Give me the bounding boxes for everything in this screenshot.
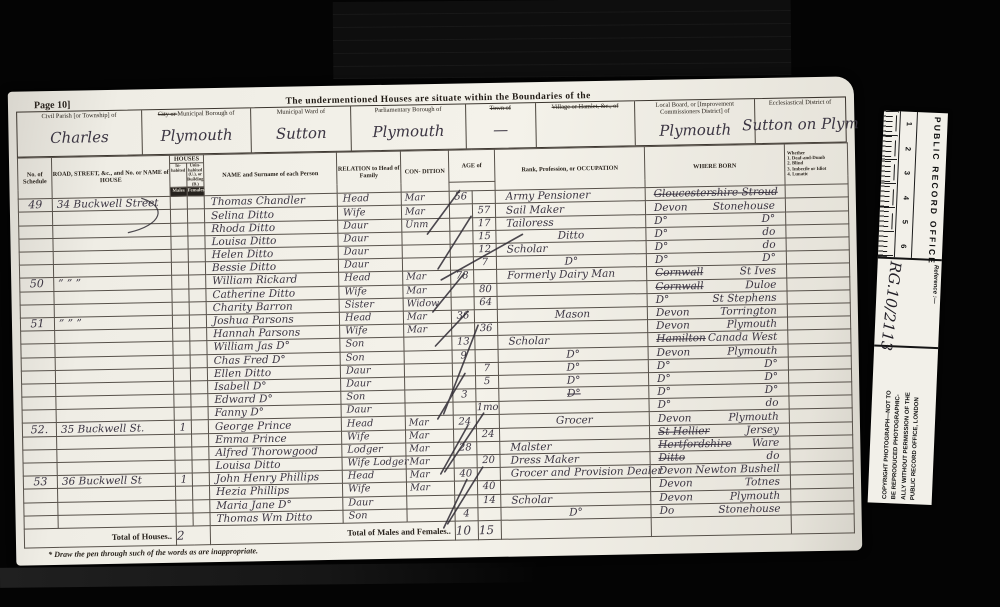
cell-schedule [19,265,53,279]
cell-age-female: 80 [474,283,497,297]
cell-relation: Head [341,416,405,430]
cell-condition: Widow [403,297,451,311]
cell-infirmity [788,356,851,370]
cell-inhabited [173,354,190,367]
col-age-females: Females [187,187,204,196]
col-name: NAME and Surname of each Person [203,152,337,196]
cell-schedule [22,383,56,397]
cell-schedule [19,238,53,252]
cell-age-male: 28 [454,442,477,456]
cell-age-male [451,297,474,311]
cell-infirmity [790,461,853,475]
col-condition: CON- DITION [400,150,449,192]
cell-uninhabited [189,315,206,328]
cell-infirmity [786,250,849,264]
cell-infirmity [791,501,854,515]
cell-relation: Son [340,351,404,365]
cell-relation: Wife [340,324,404,338]
cell-condition [402,231,450,245]
cell-schedule [20,304,54,318]
col-road: ROAD, STREET, &c., and No. or NAME of HO… [51,155,170,198]
cell-schedule [18,212,52,226]
cell-infirmity [791,487,854,501]
cell-infirmity [788,329,851,343]
cell-infirmity [785,184,848,198]
cell-condition: Mar [406,442,454,456]
area-box-value: Plymouth [372,122,444,141]
cell-inhabited [176,500,193,513]
cell-schedule [21,344,55,358]
area-box: Town of — [466,103,537,148]
area-box-value: Charles [50,128,109,147]
cell-schedule [24,489,58,503]
cell-age-male [454,455,477,469]
cell-age-male [449,204,472,218]
cell-infirmity [786,211,849,225]
col-age: AGE of [448,149,495,182]
cell-condition [404,337,452,351]
ruler-number: 5 [892,213,917,230]
cell-inhabited [175,486,192,499]
cell-condition [405,389,453,403]
cell-age-male [450,231,473,245]
cell-relation: Sister [339,298,403,312]
cell-age-male [455,494,478,508]
cell-infirmity [787,316,850,330]
cell-uninhabited [192,473,209,486]
cell-relation: Daur [338,258,402,272]
ruler-number: 1 [896,115,921,132]
cell-inhabited [174,381,191,394]
cell-condition: Mar [403,271,451,285]
cell-schedule [19,251,53,265]
area-box: Local Board, or [Improvement Commissione… [635,99,755,145]
cell-uninhabited [189,275,206,288]
cell-age-female [472,191,495,205]
cell-schedule [23,436,57,450]
cell-condition: Unm [402,218,450,232]
cell-infirmity [787,276,850,290]
cell-relation: Daur [340,364,404,378]
cell-uninhabited [190,354,207,367]
cell-condition: Mar [406,455,454,469]
cell-inhabited [172,315,189,328]
cell-age-female [474,270,497,284]
pro-ruler: 123456 PUBLIC RECORD OFFICE [878,111,948,262]
cell-schedule [20,291,54,305]
cell-relation: Wife [342,482,406,496]
cell-age-male [450,257,473,271]
cell-age-male: 40 [454,468,477,482]
cell-relation: Daur [338,245,402,259]
cell-relation: Lodger [342,443,406,457]
cell-condition [407,495,455,509]
cell-schedule [21,357,55,371]
cell-inhabited: 1 [175,473,192,486]
cell-condition: Mar [403,284,451,298]
cell-condition: Mar [401,205,449,219]
cell-relation: Daur [338,219,402,233]
ruler-number: 2 [895,140,920,157]
cell-age-female: 64 [474,296,497,310]
cell-age-male: 4 [455,507,478,521]
cell-condition [405,376,453,390]
cell-relation: Head [342,469,406,483]
cell-uninhabited [190,341,207,354]
col-schedule: No. of Schedule [17,158,52,200]
cell-inhabited [175,447,192,460]
area-box-value: Plymouth [659,120,731,139]
area-box: Civil Parish [or Township] ofCharles [17,110,142,156]
cell-age-male: 24 [453,415,476,429]
cell-relation: Head [337,192,401,206]
cell-uninhabited [188,262,205,275]
cell-schedule [23,449,57,463]
table-body: 4934 Buckwell StreetThomas ChandlerHeadM… [18,184,854,529]
cell-age-female: 14 [478,494,501,508]
infirmity-items: 1. Deaf-and-Dumb2. Blind3. Imbecile or I… [787,156,845,178]
cell-inhabited [170,196,187,209]
cell-inhabited [171,223,188,236]
cell-uninhabited [188,236,205,249]
cell-infirmity [787,303,850,317]
cell-uninhabited [188,222,205,235]
cell-infirmity [786,224,849,238]
cell-relation: Daur [343,496,407,510]
ruler-number: 6 [891,237,915,254]
cell-relation: Daur [341,403,405,417]
cell-age-male [450,244,473,258]
cell-relation: Daur [341,377,405,391]
cell-relation: Head [339,271,403,285]
cell-age-female [474,309,497,323]
area-box: Village or Hamlet, &c., of [536,101,637,147]
cell-inhabited [172,289,189,302]
cell-relation: Wife Lodger [342,456,406,470]
previous-page-edge [333,0,792,79]
cell-condition [402,244,450,258]
cell-condition [402,257,450,271]
cell-age-female: 1mo [476,402,499,416]
cell-schedule: 51 [20,317,54,331]
cell-condition [405,402,453,416]
cell-age-female: 12 [473,243,496,257]
col-relation: RELATION to Head of Family [336,151,401,193]
cell-relation: Son [343,509,407,523]
copyright-text: COPYRIGHT PHOTOGRAPH—NOT TOBE REPRODUCED… [881,351,924,500]
cell-age-female: 24 [476,428,499,442]
col-age-males: Males [170,187,187,196]
cell-infirmity [789,395,852,409]
cell-relation: Wife [341,430,405,444]
enumeration-table: No. of Schedule ROAD, STREET, &c., and N… [17,142,855,548]
cell-relation: Son [340,337,404,351]
area-box: Parliamentary Borough ofPlymouth [351,104,466,150]
cell-schedule [22,397,56,411]
area-box-value: Sutton [276,124,327,143]
cell-inhabited [176,513,193,526]
cell-uninhabited [191,394,208,407]
pro-office-label: PUBLIC RECORD OFFICE [927,117,943,266]
cell-inhabited: 1 [174,420,191,433]
cell-infirmity [789,408,852,422]
cell-condition [404,350,452,364]
cell-schedule: 53 [23,476,57,490]
cell-inhabited [171,249,188,262]
area-box: Ecclesiastical District ofSutton on Plym [755,97,846,143]
cell-age-male: 9 [452,349,475,363]
cell-infirmity [789,421,852,435]
cell-schedule: 52. [22,423,56,437]
cell-uninhabited [193,499,210,512]
area-box-value: — [493,121,508,139]
cell-uninhabited [191,420,208,433]
area-box-value: Sutton on Plym [742,114,859,134]
area-box: City or Municipal Borough ofPlymouth [142,108,252,154]
total-persons-label: Total of Males and Females.. [211,526,455,540]
cell-inhabited [174,407,191,420]
cell-uninhabited [192,446,209,459]
cell-inhabited [175,460,192,473]
cell-age-female [477,468,500,482]
cell-age-female [476,388,499,402]
cell-age-male [453,376,476,390]
cell-condition: Mar [405,429,453,443]
cell-relation: Wife [339,285,403,299]
pro-reference: Reference :— RG.10/2113 [874,259,942,350]
cell-uninhabited [187,196,204,209]
page-bottom-edge [0,562,540,588]
cell-inhabited [171,262,188,275]
cell-age-male [452,362,475,376]
cell-age-male: 78 [451,270,474,284]
cell-age-male: 36 [451,310,474,324]
cell-relation: Wife [337,206,401,220]
total-houses-value: 2 [177,529,185,543]
area-box: Municipal Ward ofSutton [251,107,352,153]
cell-condition: Mar [406,468,454,482]
cell-infirmity [787,263,850,277]
cell-inhabited [172,302,189,315]
cell-schedule [22,410,56,424]
reference-number: RG.10/2113 [877,260,905,351]
cell-age-male [453,428,476,442]
cell-schedule [23,462,57,476]
cell-uninhabited [192,486,209,499]
cell-inhabited [172,275,189,288]
cell-age-female [478,507,501,521]
cell-uninhabited [190,328,207,341]
cell-uninhabited [192,433,209,446]
cell-uninhabited [191,407,208,420]
cell-relation: Head [339,311,403,325]
cell-age-female: 7 [473,257,496,271]
ruler-number: 4 [893,189,918,206]
cell-condition: Mar [403,310,451,324]
area-box-value: Plymouth [160,126,232,145]
cell-schedule [24,502,58,516]
cell-age-female: 20 [477,454,500,468]
col-inhabited: In-habited [170,164,187,187]
cell-infirmity [785,197,848,211]
cell-uninhabited [192,460,209,473]
cell-age-female: 36 [475,322,498,336]
cell-inhabited [173,328,190,341]
cell-inhabited [174,394,191,407]
cell-schedule [21,370,55,384]
total-females: 15 [479,523,495,537]
cell-inhabited [173,341,190,354]
total-houses-label: Total of Houses.. [25,531,176,544]
cell-infirmity [787,290,850,304]
cell-uninhabited [189,288,206,301]
cell-relation: Daur [338,232,402,246]
cell-condition: Mar [406,482,454,496]
cell-age-male [452,323,475,337]
cell-infirmity [788,369,851,383]
cell-infirmity [790,474,853,488]
cell-infirmity [786,237,849,251]
cell-schedule [21,331,55,345]
cell-condition [407,508,455,522]
cell-schedule: 49 [18,199,52,213]
col-infirmity: Whether 1. Deaf-and-Dumb2. Blind3. Imbec… [784,143,848,185]
cell-age-female [475,349,498,363]
col-uninhabited: Unin-habited (U.), or Building (B.) [187,163,204,186]
cell-infirmity [790,435,853,449]
cell-uninhabited [190,367,207,380]
cell-age-female: 5 [476,375,499,389]
pro-copyright: COPYRIGHT PHOTOGRAPH—NOT TOBE REPRODUCED… [868,346,938,505]
cell-age-female [477,441,500,455]
total-males: 10 [456,523,472,537]
cell-condition: Mar [405,416,453,430]
page-number: Page 10] [34,100,71,112]
cell-age-male [453,402,476,416]
cell-uninhabited [188,249,205,262]
cell-age-male: 56 [449,191,472,205]
cell-relation: Son [341,390,405,404]
cell-age-male: 3 [453,389,476,403]
cell-age-female: 15 [473,230,496,244]
cell-age-male [454,481,477,495]
cell-inhabited [175,434,192,447]
cell-schedule [24,515,58,529]
cell-inhabited [173,368,190,381]
col-occupation: Rank, Profession, or OCCUPATION [494,147,645,191]
cell-age-female [476,415,499,429]
cell-schedule [19,225,53,239]
cell-age-female: 7 [475,362,498,376]
cell-uninhabited [187,209,204,222]
cell-age-female: 40 [477,481,500,495]
col-houses: HOUSES In-habited Unin-habited (U.), or … [169,155,204,188]
census-page: Page 10] The undermentioned Houses are s… [8,76,863,565]
cell-age-male [450,217,473,231]
cell-age-male [451,283,474,297]
pro-reference-strip: 123456 PUBLIC RECORD OFFICE Reference :—… [868,111,948,505]
cell-uninhabited [189,301,206,314]
cell-inhabited [170,209,187,222]
cell-inhabited [171,236,188,249]
cell-schedule: 50 [20,278,54,292]
cell-condition [404,363,452,377]
cell-condition: Mar [404,323,452,337]
cell-infirmity [790,448,853,462]
col-where-born: WHERE BORN [644,144,785,188]
cell-infirmity [789,382,852,396]
cell-age-male: 13 [452,336,475,350]
cell-age-female: 57 [472,204,495,218]
cell-uninhabited [193,512,210,525]
cell-infirmity [788,342,851,356]
cell-age-female: 17 [473,217,496,231]
cell-uninhabited [191,381,208,394]
ruler-number: 3 [894,164,919,181]
reference-label: Reference :— [931,265,939,304]
cell-age-female [475,336,498,350]
cell-condition: Mar [401,191,449,205]
